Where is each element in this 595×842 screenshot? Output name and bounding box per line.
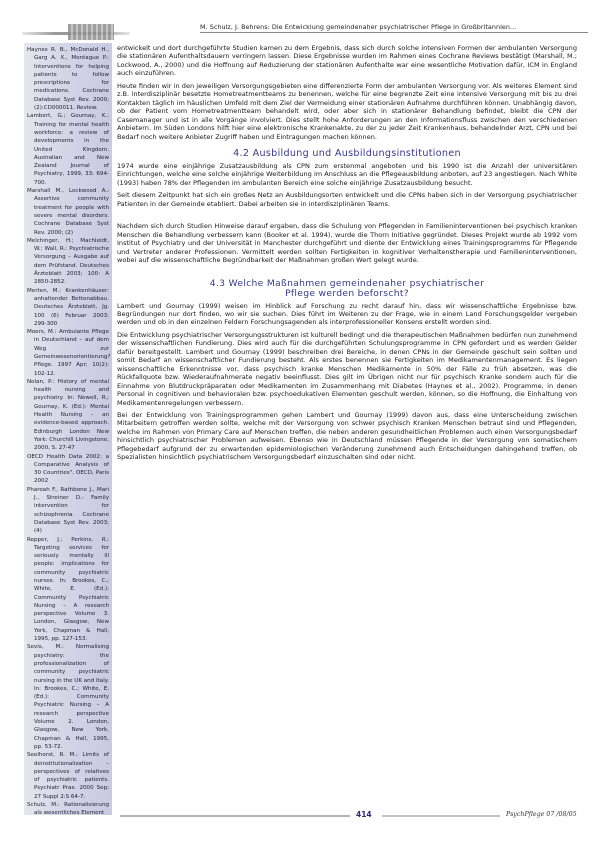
reference-item: Haynes R. B., McDonald H., Garg A. X., M… [27,46,109,112]
footer-rule [120,815,350,817]
paragraph: Seit diesem Zeitpunkt hat sich ein große… [117,191,577,208]
document-page: M. Schulz, J. Behrens: Die Entwicklung g… [0,0,595,842]
paragraph: Bei der Entwicklung von Trainingsprogram… [117,411,577,462]
running-head: M. Schulz, J. Behrens: Die Entwicklung g… [200,23,588,33]
reference-item: Seelhorst, R. M.: Limits of deinstitutio… [27,751,109,801]
reference-item: Merten, M.: Krankenhäuser: anhaltender B… [27,287,109,328]
reference-item: Moers, M.: Ambulante Pflege in Deutschla… [27,328,109,378]
page-number: 414 [356,810,372,819]
footer-rule [382,815,500,817]
paragraph: entwickelt und dort durchgeführte Studie… [117,44,577,78]
section-heading-4-2: 4.2 Ausbildung und Ausbildungsinstitutio… [117,148,577,159]
heading-line: Pflege werden beforscht? [117,289,577,300]
reference-item: Melchinger, H.; Machleidt, W.; Wall, R.:… [27,237,109,287]
reference-item: Schulz, M.: Rationalisierung als wesentl… [27,801,109,818]
section-heading-4-3: 4.3 Welche Maßnahmen gemeindenaher psych… [117,279,577,300]
reference-item: Marshall M., Lockwood A.: Assertive comm… [27,187,109,237]
reference-item: Lambert, G.; Gournay, K.: Training for m… [27,112,109,187]
logo-mark [68,24,114,40]
article-body: entwickelt und dort durchgeführte Studie… [117,44,577,466]
spacer [117,212,577,222]
paragraph: Heute finden wir in den jeweiligen Verso… [117,82,577,141]
reference-list: Haynes R. B., McDonald H., Garg A. X., M… [27,46,109,818]
reference-item: Pharoah F., Rathbone J., Mari J., Strein… [27,486,109,536]
page-footer: 414 PsychPflege 07 /08/05 [120,810,588,822]
paragraph: Lambert und Gournay (1999) weisen im Hin… [117,302,577,327]
reference-item: Nolan, P.: History of mental health nurs… [27,378,109,453]
paragraph: Nachdem sich durch Studien Hinweise dara… [117,222,577,264]
reference-item: Repper, J.; Perkins, R.: Targeting servi… [27,536,109,644]
reference-item: OECD Health Data 2002: a Comparative Ana… [27,453,109,486]
reference-item: Sevis, M.: Normalising psychiatry: the p… [27,643,109,751]
paragraph: 1974 wurde eine einjährige Zusatzausbild… [117,162,577,187]
paragraph: Die Entwicklung psychiatrischer Versorgu… [117,331,577,407]
journal-citation: PsychPflege 07 /08/05 [506,811,577,818]
journal-logo [22,18,130,42]
